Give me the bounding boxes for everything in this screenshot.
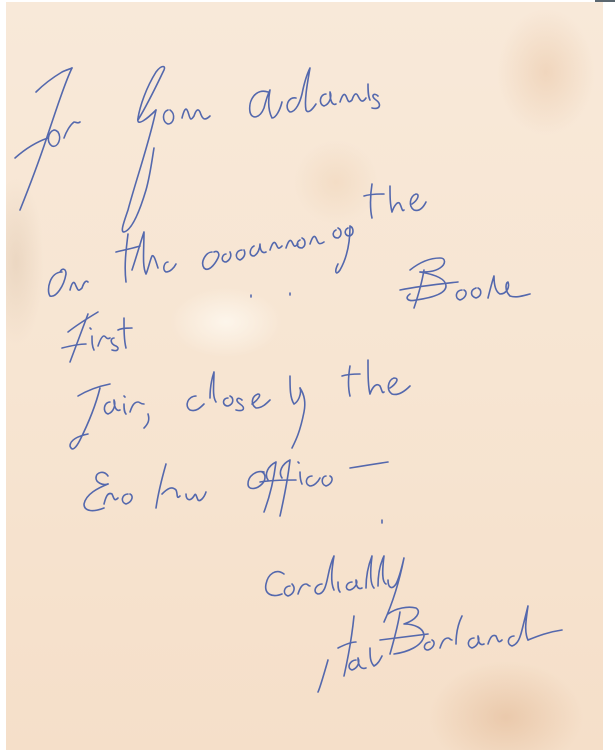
handwriting-salutation: [15, 67, 379, 233]
handwriting-line-4: [84, 460, 388, 516]
handwriting-signature: [318, 606, 562, 692]
handwriting-line-2: [62, 258, 530, 362]
handwriting-line-1: [49, 184, 427, 296]
handwriting-line-3: [70, 360, 410, 449]
handwriting-closing: [266, 556, 404, 622]
handwriting-layer: [0, 0, 615, 750]
